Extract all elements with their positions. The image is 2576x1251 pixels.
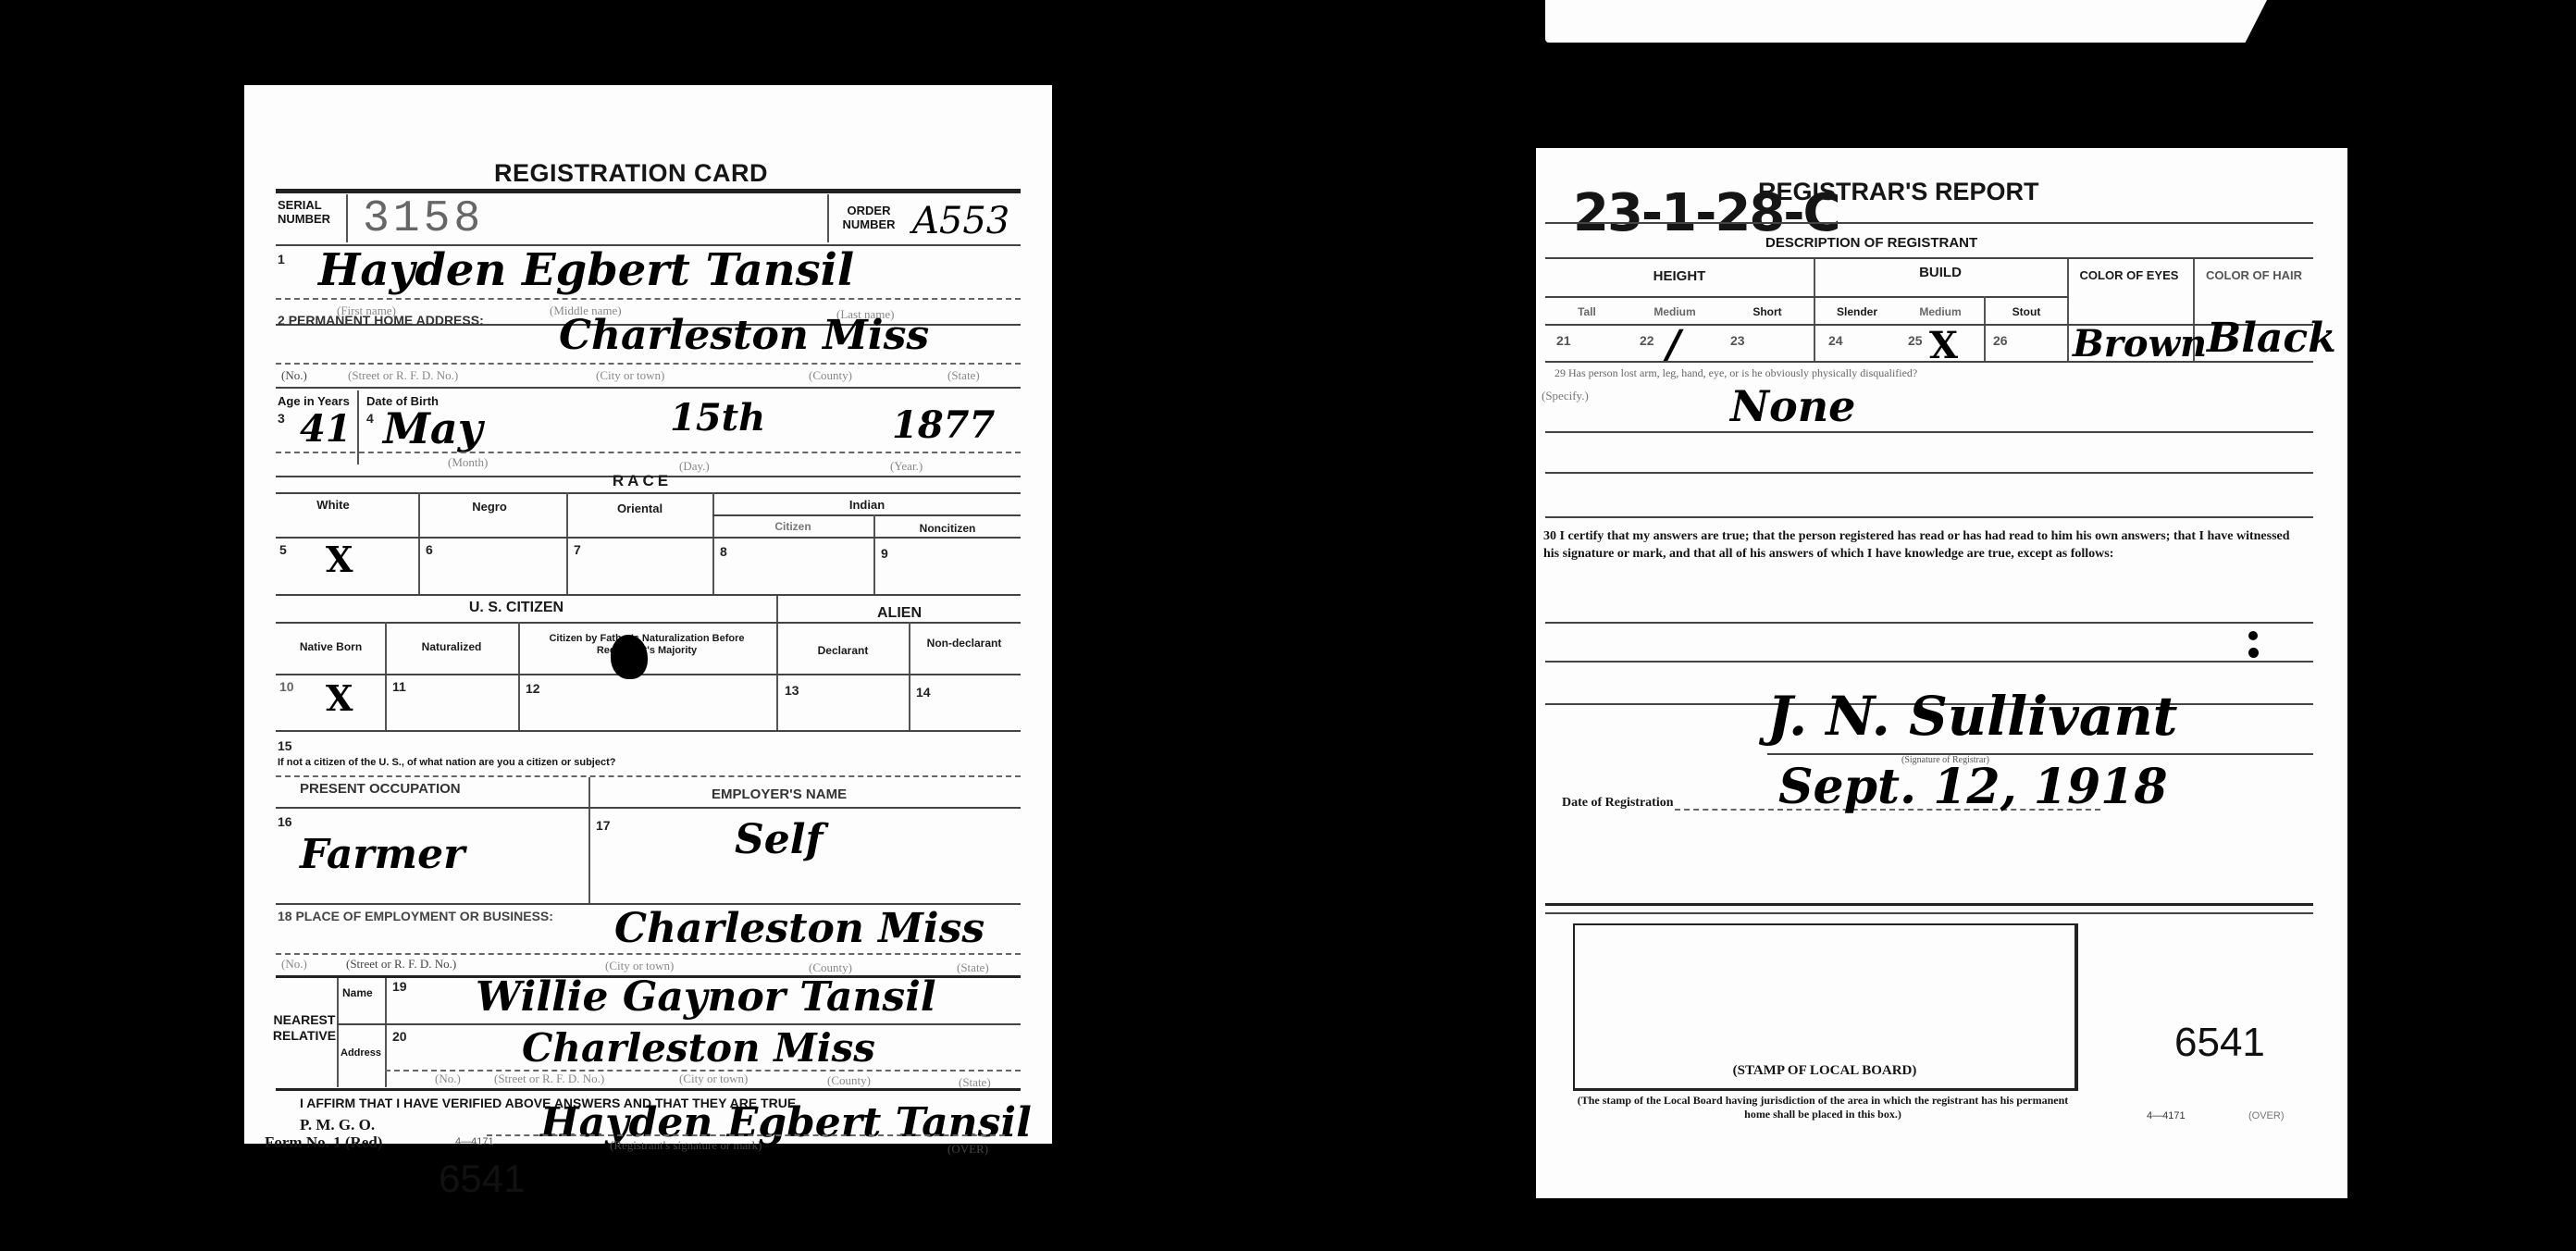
rule [276,1088,1021,1091]
divider [588,777,590,903]
field-number: 1 [278,252,285,266]
rule [1545,222,2313,224]
field-number: 18 [278,909,292,923]
mark-dot [2248,648,2259,658]
field-number: 9 [881,546,888,561]
rule [276,363,1021,365]
relative-address-label: Address [341,1047,381,1059]
stamp-box: (STAMP OF LOCAL BOARD) [1573,923,2078,1091]
height-col-short: Short [1721,305,1814,318]
report-title: REGISTRAR'S REPORT [1758,178,2038,206]
dob-year: 1877 [892,403,995,447]
age-label: Age in Years [278,394,350,408]
partial-card-top [1545,0,2267,43]
date-label: Date of Registration [1562,796,1674,811]
divider [827,194,829,242]
race-white-mark: X [326,539,353,580]
caption: (Month) [448,455,488,470]
rule [1545,661,2313,663]
dob-day: 15th [670,396,765,440]
divider [385,622,387,730]
occupation-heading: PRESENT OCCUPATION [300,781,461,797]
native-born-mark: X [326,677,353,719]
order-number: A553 [912,200,1009,242]
race-col-indian-citizen: Citizen [714,520,872,533]
relative-name-label: Name [342,986,373,999]
rule [1545,257,2313,259]
rule [276,387,1021,389]
field-15-label: If not a citizen of the U. S., of what n… [278,757,615,768]
registrars-report-card: 23-1-28-C REGISTRAR'S REPORT DESCRIPTION… [1536,148,2347,1198]
disqualification-question: Has person lost arm, leg, hand, eye, or … [1568,366,1917,379]
build-col-stout: Stout [1986,305,2067,318]
race-col-indian-noncitizen: Noncitizen [875,522,1020,535]
dob-month: May [383,403,482,453]
rule [276,953,1021,955]
place-of-employment-label: PLACE OF EMPLOYMENT OR BUSINESS: [295,909,552,923]
caption: (No.) [435,1071,461,1086]
field-number: 12 [526,681,540,696]
mark-dot [2248,631,2258,640]
specify-caption: (Specify.) [1542,389,1589,403]
caption: (State) [957,960,989,975]
field-number: 19 [392,979,407,994]
hair-heading: COLOR OF HAIR [2195,268,2313,282]
race-heading: RACE [596,472,688,490]
field-number: 15 [278,738,292,753]
height-heading: HEIGHT [1545,268,1814,284]
home-address: Charleston Miss [559,312,929,359]
rule [1545,516,2313,518]
col-naturalized: Naturalized [387,640,516,653]
field-number: 14 [916,685,931,700]
rule [1767,753,2313,755]
field-number: 20 [392,1029,407,1044]
rule [1545,622,2313,624]
ink-blot [611,635,648,679]
race-col-oriental: Oriental [568,502,712,515]
title-rule [276,189,1021,193]
field-number: 4 [366,411,374,426]
field-number: 10 [279,679,294,694]
field-number: 25 [1908,333,1923,348]
field-number: 11 [392,679,406,694]
caption: (Street or R. F. D. No.) [494,1071,604,1086]
alien-heading: ALIEN [778,605,1021,622]
race-col-white: White [278,498,389,512]
rule [1545,296,2068,298]
caption: (Year.) [890,459,923,474]
col-non-declarant: Non-declarant [910,637,1018,650]
field-number: 5 [279,542,287,557]
registration-date: Sept. 12, 1918 [1778,759,2168,815]
over-label: (OVER) [947,1142,988,1157]
caption: (City or town) [679,1071,748,1086]
build-heading: BUILD [1815,265,2065,280]
field-number: 21 [1556,333,1571,348]
rule [276,674,1021,675]
address-label: PERMANENT HOME ADDRESS: [289,313,484,328]
stamp-box-label: (STAMP OF LOCAL BOARD) [1575,1063,2074,1079]
certification-text: 30 I certify that my answers are true; t… [1543,527,2302,563]
stamp-number: 6541 [439,1157,525,1201]
report-subtitle: DESCRIPTION OF REGISTRANT [1765,235,1977,251]
form-id-pmgo: P. M. G. O. [300,1116,375,1134]
rule [276,730,1021,732]
eye-color: Brown [2073,322,2207,365]
race-col-indian: Indian [714,498,1020,512]
divider [357,390,359,464]
rule [276,807,1021,809]
field-number: 23 [1730,333,1745,348]
caption: (State) [947,368,980,383]
registration-card: REGISTRATION CARD SERIAL NUMBER 3158 ORD… [244,85,1052,1144]
col-native-born: Native Born [278,640,384,653]
field-29-label: 29 Has person lost arm, leg, hand, eye, … [1554,366,1917,380]
print-code: 4—4171 [455,1136,494,1147]
col-declarant: Declarant [778,644,908,657]
field-number: 24 [1828,333,1843,348]
field-18-label: 18 PLACE OF EMPLOYMENT OR BUSINESS: [278,909,553,923]
field-number: 8 [720,544,727,559]
field-number: 22 [1640,333,1654,348]
field-number: 26 [1993,333,2008,348]
height-col-medium: Medium [1629,305,1721,318]
rule [276,775,1021,777]
over-label: (OVER) [2248,1110,2285,1121]
serial-number: 3158 [363,194,484,244]
rule [487,1134,1005,1136]
rule [276,452,1021,453]
divider [518,622,520,730]
eyes-heading: COLOR OF EYES [2069,268,2189,282]
certification-body: I certify that my answers are true; that… [1543,529,2290,561]
age-value: 41 [300,407,352,451]
rule [276,298,1021,300]
rule [1545,912,2313,914]
caption: (County) [809,368,852,383]
field-number: 17 [596,818,611,833]
rule [276,537,1021,539]
rule [276,594,1021,596]
occupation-value: Farmer [300,831,464,878]
place-of-employment-value: Charleston Miss [614,905,985,952]
stamp-number: 6541 [2174,1020,2265,1066]
field-number: 30 [1543,529,1556,543]
caption: (City or town) [596,368,664,383]
employer-value: Self [735,816,823,863]
card-title: REGISTRATION CARD [494,159,768,188]
nearest-relative-label: NEAREST RELATIVE [272,1012,337,1044]
build-col-slender: Slender [1815,305,1899,318]
divider [346,194,348,242]
rule [1545,472,2313,474]
signature-caption: (Registrant's signature or mark) [610,1138,762,1153]
registrar-signature: J. N. Sullivant [1767,685,2177,748]
form-id-number: Form No. 1 (Red) [265,1133,382,1152]
field-number: 16 [278,814,292,829]
disqualification-value: None [1730,381,1855,431]
employer-heading: EMPLOYER'S NAME [712,787,847,802]
race-col-negro: Negro [420,500,559,514]
caption: (Street or R. F. D. No.) [348,368,458,383]
field-number: 29 [1554,366,1566,379]
caption: (No.) [281,368,307,383]
field-number: 6 [426,542,433,557]
caption: (County) [827,1073,871,1088]
divider [337,978,339,1087]
us-citizen-heading: U. S. CITIZEN [276,600,757,616]
field-2-label: 2 PERMANENT HOME ADDRESS: [278,313,484,328]
rule [712,514,1021,516]
print-code: 4—4171 [2147,1110,2186,1121]
relative-name: Willie Gaynor Tansil [476,973,936,1021]
field-number: 7 [574,542,581,557]
hair-color: Black [2207,315,2336,362]
rule [276,492,1021,494]
stamp-note: (The stamp of the Local Board having jur… [1564,1094,2082,1121]
serial-number-label: SERIAL NUMBER [278,198,342,226]
order-number-label: ORDER NUMBER [836,204,901,231]
registrant-name: Hayden Egbert Tansil [318,244,854,296]
field-number: 2 [278,313,285,328]
rule [1545,431,2313,433]
relative-address: Charleston Miss [522,1025,875,1071]
caption: (City or town) [605,959,674,973]
rule [1545,903,2313,906]
caption: (No.) [281,957,307,972]
field-number: 3 [278,411,285,426]
caption: (Street or R. F. D. No.) [346,957,456,972]
rule [1545,361,2313,363]
height-col-tall: Tall [1545,305,1629,318]
build-col-medium: Medium [1899,305,1982,318]
field-number: 13 [785,683,799,698]
